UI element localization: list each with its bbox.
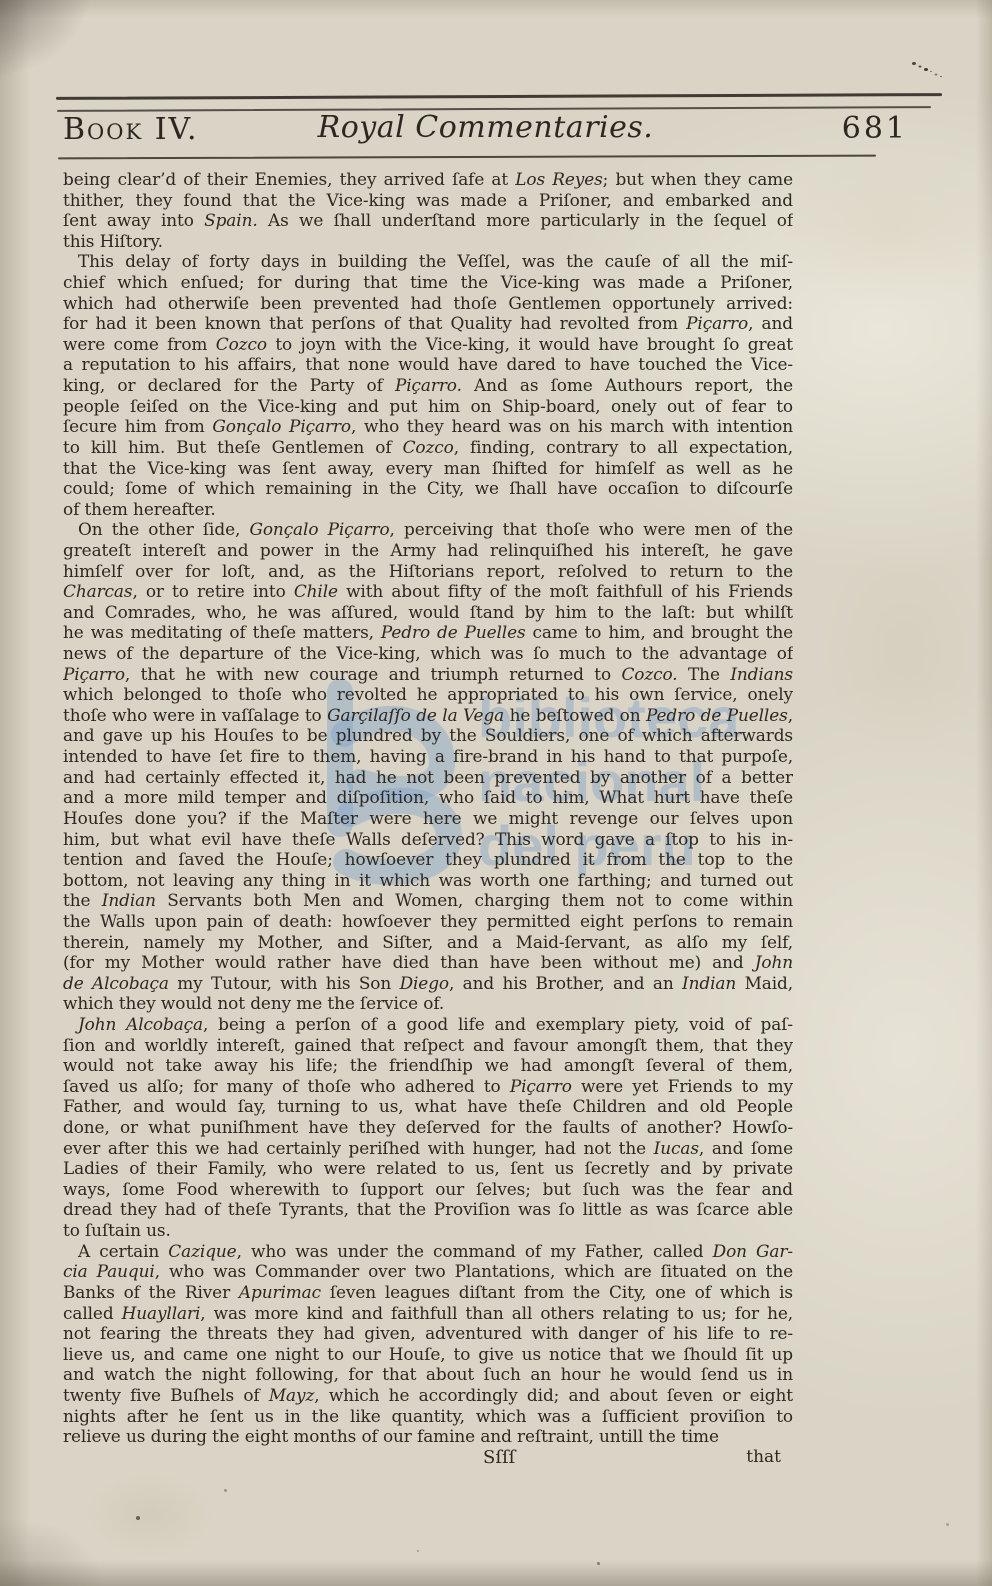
text-run: of them hereafter.: [63, 499, 216, 519]
text-line: ways, ſome Food wherewith to ſupport our…: [63, 1179, 793, 1200]
text-run: thither, they found that the Vice-king w…: [63, 190, 793, 210]
text-run: were yet Friends to my: [572, 1076, 793, 1096]
italic-text-run: Mayz: [269, 1385, 314, 1405]
text-run: which they would not deny me the ſervice…: [63, 993, 444, 1013]
italic-text-run: Los Reyes: [515, 169, 602, 189]
italic-text-run: Charcas: [63, 581, 132, 601]
text-line: chief which enſued; for during that time…: [63, 272, 793, 293]
text-run: for had it been known that perſons of th…: [63, 313, 686, 333]
text-line: called Huayllari, was more kind and fait…: [63, 1303, 793, 1324]
header-rule-top: [56, 93, 942, 100]
text-run: called: [63, 1303, 122, 1323]
text-run: done, or what puniſhment have they deſer…: [63, 1117, 793, 1137]
text-run: relieve us during the eight months of ou…: [63, 1426, 719, 1446]
text-run: ſeven leagues diſtant from the City, one…: [321, 1282, 793, 1302]
italic-text-run: John: [755, 952, 793, 972]
paragraph: On the other ſide, Gonçalo Piçarro, perc…: [63, 519, 793, 1014]
text-run: , who was Commander over two Plantations…: [155, 1261, 793, 1281]
text-line: de Alcobaça my Tutour, with his Son Dieg…: [63, 973, 793, 994]
text-line: himſelf over for loſt, and, as the Hiſto…: [63, 561, 793, 582]
text-run: that the Vice-king was ſent away, every …: [63, 458, 793, 478]
text-run: came to him, and brought the: [526, 622, 793, 642]
text-line: the Indian Servants both Men and Women, …: [63, 890, 793, 911]
text-line: to kill him. But theſe Gentlemen of Cozc…: [63, 437, 793, 458]
text-line: relieve us during the eight months of ou…: [63, 1426, 793, 1447]
text-run: A certain: [78, 1241, 168, 1261]
text-line: intended to have ſet fire to them, havin…: [63, 746, 793, 767]
text-run: this Hiſtory.: [63, 231, 163, 251]
text-run: and gave up his Houſes to be plundred by…: [63, 725, 793, 745]
text-line: Ladies of their Family, who were related…: [63, 1158, 793, 1179]
text-line: and Comrades, who, he was aſſured, would…: [63, 602, 793, 623]
text-run: with about fifty of the moſt faithfull o…: [338, 581, 793, 601]
text-run: ever after this we had certainly periſhe…: [63, 1138, 654, 1158]
italic-text-run: Piçarro: [63, 664, 125, 684]
italic-text-run: Cozco: [403, 437, 454, 457]
text-line: ſent away into Spain. As we ſhall underſ…: [63, 210, 793, 231]
text-run: and Comrades, who, he was aſſured, would…: [63, 602, 793, 622]
italic-text-run: Indian: [102, 890, 156, 910]
text-run: himſelf over for loſt, and, as the Hiſto…: [63, 561, 793, 581]
text-run: , which he accordingly did; and about ſe…: [314, 1385, 793, 1405]
text-run: being clear’d of their Enemies, they arr…: [63, 169, 515, 189]
text-run: chief which enſued; for during that time…: [63, 272, 793, 292]
text-line: Houſes done you? if the Maſter were here…: [63, 808, 793, 829]
text-run: , was more kind and faithfull than all o…: [200, 1303, 793, 1323]
page-scan: Book IV. Royal Commentaries. 681 bibliot…: [0, 0, 992, 1586]
text-run: , perceiving that thoſe who were men of …: [390, 519, 793, 539]
text-run: , or to retire into: [132, 581, 293, 601]
text-line: and watch the night following, for that …: [63, 1364, 793, 1385]
text-run: people ſeiſed on the Vice-king and put h…: [63, 396, 793, 416]
italic-text-run: Apurimac: [239, 1282, 321, 1302]
text-line: not fearing the threats they had given, …: [63, 1323, 793, 1344]
text-run: ſion and worldly intereſt, gained that r…: [63, 1035, 793, 1055]
text-run: the Walls upon pain of death: howſoever …: [63, 911, 793, 931]
text-line: which belonged to thoſe who revolted he …: [63, 684, 793, 705]
italic-text-run: Pedro de Puelles: [646, 705, 788, 725]
text-run: The: [678, 664, 731, 684]
italic-text-run: Chile: [294, 581, 338, 601]
text-run: he beſtowed on: [504, 705, 646, 725]
text-line: On the other ſide, Gonçalo Piçarro, perc…: [63, 519, 793, 540]
text-run: to kill him. But theſe Gentlemen of: [63, 437, 403, 457]
paragraph: being clear’d of their Enemies, they arr…: [63, 169, 793, 251]
text-run: greateſt intereſt and power in the Army …: [63, 540, 793, 560]
italic-text-run: Piçarro: [686, 313, 748, 333]
text-line: greateſt intereſt and power in the Army …: [63, 540, 793, 561]
text-run: ways, ſome Food wherewith to ſupport our…: [63, 1179, 793, 1199]
text-line: the Walls upon pain of death: howſoever …: [63, 911, 793, 932]
text-run: he was meditating of theſe matters,: [63, 622, 381, 642]
italic-text-run: Iucas: [654, 1138, 699, 1158]
text-run: a reputation to his affairs, that none w…: [63, 354, 793, 374]
text-run: king, or declared for the Party of: [63, 375, 395, 395]
text-line: John Alcobaça, being a perſon of a good …: [63, 1014, 793, 1035]
text-line: being clear’d of their Enemies, they arr…: [63, 169, 793, 190]
text-line: twenty five Buſhels of Mayz, which he ac…: [63, 1385, 793, 1406]
italic-text-run: Gonçalo Piçarro: [249, 519, 389, 539]
text-line: cia Pauqui, who was Commander over two P…: [63, 1261, 793, 1282]
text-run: nights after he ſent us in the like quan…: [63, 1406, 793, 1426]
text-line: a reputation to his affairs, that none w…: [63, 354, 793, 375]
paragraph: A certain Cazique, who was under the com…: [63, 1241, 793, 1447]
text-line: therein, namely my Mother, and Siſter, a…: [63, 932, 793, 953]
ink-smudge: [912, 62, 916, 65]
text-run: to joyn with the Vice-king, it would hav…: [267, 334, 793, 354]
paper-speck: [946, 1523, 949, 1526]
text-run: , being a perſon of a good life and exem…: [203, 1014, 793, 1034]
text-run: twenty five Buſhels of: [63, 1385, 269, 1405]
text-run: , and his Brother, and an: [449, 973, 682, 993]
text-run: , who was under the command of my Father…: [237, 1241, 713, 1261]
text-line: bottom, not leaving any thing in it whic…: [63, 870, 793, 891]
italic-text-run: Indians: [730, 664, 793, 684]
header-rule-bottom: [58, 155, 876, 160]
italic-text-run: Spain.: [204, 210, 258, 230]
text-run: Houſes done you? if the Maſter were here…: [63, 808, 793, 828]
text-line: news of the departure of the Vice-king, …: [63, 643, 793, 664]
paragraph: This delay of forty days in building the…: [63, 251, 793, 519]
italic-text-run: Gonçalo Piçarro: [212, 416, 351, 436]
text-run: the: [63, 890, 102, 910]
text-run: and watch the night following, for that …: [63, 1364, 793, 1384]
text-line: Charcas, or to retire into Chile with ab…: [63, 581, 793, 602]
text-run: to ſuſtain us.: [63, 1220, 171, 1240]
text-run: ſecure him from: [63, 416, 212, 436]
text-run: ; but when they came: [603, 169, 793, 189]
text-run: not fearing the threats they had given, …: [63, 1323, 793, 1343]
text-run: Father, and would ſay, turning to us, wh…: [63, 1096, 793, 1116]
text-run: therein, namely my Mother, and Siſter, a…: [63, 932, 793, 952]
text-run: , finding, contrary to all expectation,: [454, 437, 793, 457]
text-line: ſecure him from Gonçalo Piçarro, who the…: [63, 416, 793, 437]
text-run: lieve us, and came one night to our Houſ…: [63, 1344, 793, 1364]
text-line: were come from Cozco to joyn with the Vi…: [63, 334, 793, 355]
text-run: which had otherwiſe been prevented had t…: [63, 293, 793, 313]
text-run: Maid,: [736, 973, 793, 993]
text-run: , and: [748, 313, 793, 333]
paragraph: John Alcobaça, being a perſon of a good …: [63, 1014, 793, 1241]
text-line: nights after he ſent us in the like quan…: [63, 1406, 793, 1427]
italic-text-run: Indian: [682, 973, 736, 993]
text-line: Banks of the River Apurimac ſeven league…: [63, 1282, 793, 1303]
text-run: and had certainly effected it, had he no…: [63, 767, 793, 787]
text-line: ſaved us alſo; for many of thoſe who adh…: [63, 1076, 793, 1097]
paper-speck: [597, 1562, 600, 1565]
text-run: As we ſhall underſtand more particularly…: [258, 210, 793, 230]
text-line: Piçarro, that he with new courage and tr…: [63, 664, 793, 685]
text-run: This delay of forty days in building the…: [78, 251, 793, 271]
text-run: , who they heard was on his march with i…: [351, 416, 793, 436]
footer-line: Sſſſ that: [63, 1447, 793, 1471]
text-line: king, or declared for the Party of Piçar…: [63, 375, 793, 396]
italic-text-run: Don Gar-: [713, 1241, 793, 1261]
text-line: he was meditating of theſe matters, Pedr…: [63, 622, 793, 643]
italic-text-run: Garçilaſſo de la Vega: [327, 705, 504, 725]
text-run: intended to have ſet fire to them, havin…: [63, 746, 793, 766]
paper-speck: [417, 1550, 419, 1552]
italic-text-run: Huayllari: [122, 1303, 201, 1323]
italic-text-run: Diego: [400, 973, 449, 993]
signature-mark: Sſſſ: [483, 1447, 515, 1468]
text-line: of them hereafter.: [63, 499, 793, 520]
text-run: him, but what evil have theſe Walls deſe…: [63, 829, 793, 849]
italic-text-run: Pedro de Puelles: [381, 622, 526, 642]
text-line: (for my Mother would rather have died th…: [63, 952, 793, 973]
text-run: dread they had of theſe Tyrants, that th…: [63, 1199, 793, 1219]
text-run: Banks of the River: [63, 1282, 239, 1302]
text-run: could; ſome of which remaining in the Ci…: [63, 478, 793, 498]
text-line: and a more mild temper and diſpoſition, …: [63, 787, 793, 808]
text-line: would not take away his life; the friend…: [63, 1055, 793, 1076]
text-line: ſion and worldly intereſt, gained that r…: [63, 1035, 793, 1056]
text-line: thoſe who were in vaſſalage to Garçilaſſ…: [63, 705, 793, 726]
text-run: On the other ſide,: [78, 519, 249, 539]
text-run: were come from: [63, 334, 216, 354]
text-run: which belonged to thoſe who revolted he …: [63, 684, 793, 704]
text-line: which they would not deny me the ſervice…: [63, 993, 793, 1014]
text-run: thoſe who were in vaſſalage to: [63, 705, 327, 725]
text-line: This delay of forty days in building the…: [63, 251, 793, 272]
text-line: tention and ſaved the Houſe; howſoever t…: [63, 849, 793, 870]
italic-text-run: Cazique: [168, 1241, 236, 1261]
text-line: ever after this we had certainly periſhe…: [63, 1138, 793, 1159]
text-line: lieve us, and came one night to our Houſ…: [63, 1344, 793, 1365]
italic-text-run: cia Pauqui: [63, 1261, 155, 1281]
text-body: being clear’d of their Enemies, they arr…: [63, 169, 793, 1447]
italic-text-run: John Alcobaça: [78, 1014, 203, 1034]
text-run: ſaved us alſo; for many of thoſe who adh…: [63, 1076, 510, 1096]
text-run: , and ſome: [699, 1138, 793, 1158]
text-line: him, but what evil have theſe Walls deſe…: [63, 829, 793, 850]
running-head: Book IV. Royal Commentaries. 681: [63, 110, 908, 152]
text-line: and gave up his Houſes to be plundred by…: [63, 725, 793, 746]
italic-text-run: Piçarro.: [395, 375, 462, 395]
text-run: and a more mild temper and diſpoſition, …: [63, 787, 793, 807]
text-line: thither, they found that the Vice-king w…: [63, 190, 793, 211]
text-run: would not take away his life; the friend…: [63, 1055, 793, 1075]
italic-text-run: Cozco: [216, 334, 267, 354]
italic-text-run: Piçarro: [510, 1076, 572, 1096]
text-run: news of the departure of the Vice-king, …: [63, 643, 793, 663]
text-run: (for my Mother would rather have died th…: [63, 952, 755, 972]
running-head-title: Royal Commentaries.: [63, 110, 908, 145]
text-line: which had otherwiſe been prevented had t…: [63, 293, 793, 314]
text-line: for had it been known that perſons of th…: [63, 313, 793, 334]
text-line: A certain Cazique, who was under the com…: [63, 1241, 793, 1262]
text-run: my Tutour, with his Son: [169, 973, 400, 993]
text-line: and had certainly effected it, had he no…: [63, 767, 793, 788]
text-line: could; ſome of which remaining in the Ci…: [63, 478, 793, 499]
text-run: ,: [788, 705, 793, 725]
text-run: Servants both Men and Women, charging th…: [156, 890, 793, 910]
text-line: to ſuſtain us.: [63, 1220, 793, 1241]
page-number: 681: [842, 111, 908, 146]
text-line: dread they had of theſe Tyrants, that th…: [63, 1199, 793, 1220]
italic-text-run: de Alcobaça: [63, 973, 169, 993]
text-line: people ſeiſed on the Vice-king and put h…: [63, 396, 793, 417]
text-run: And as ſome Authours report, the: [462, 375, 793, 395]
text-run: Ladies of their Family, who were related…: [63, 1158, 793, 1178]
text-run: bottom, not leaving any thing in it whic…: [63, 870, 793, 890]
text-line: done, or what puniſhment have they deſer…: [63, 1117, 793, 1138]
paper-speck: [136, 1516, 140, 1520]
paper-speck: [224, 1489, 227, 1492]
text-run: tention and ſaved the Houſe; howſoever t…: [63, 849, 793, 869]
text-line: this Hiſtory.: [63, 231, 793, 252]
text-line: that the Vice-king was ſent away, every …: [63, 458, 793, 479]
text-run: ſent away into: [63, 210, 204, 230]
text-run: , that he with new courage and triumph r…: [125, 664, 622, 684]
text-line: Father, and would ſay, turning to us, wh…: [63, 1096, 793, 1117]
catchword: that: [746, 1447, 781, 1467]
italic-text-run: Cozco.: [621, 664, 677, 684]
